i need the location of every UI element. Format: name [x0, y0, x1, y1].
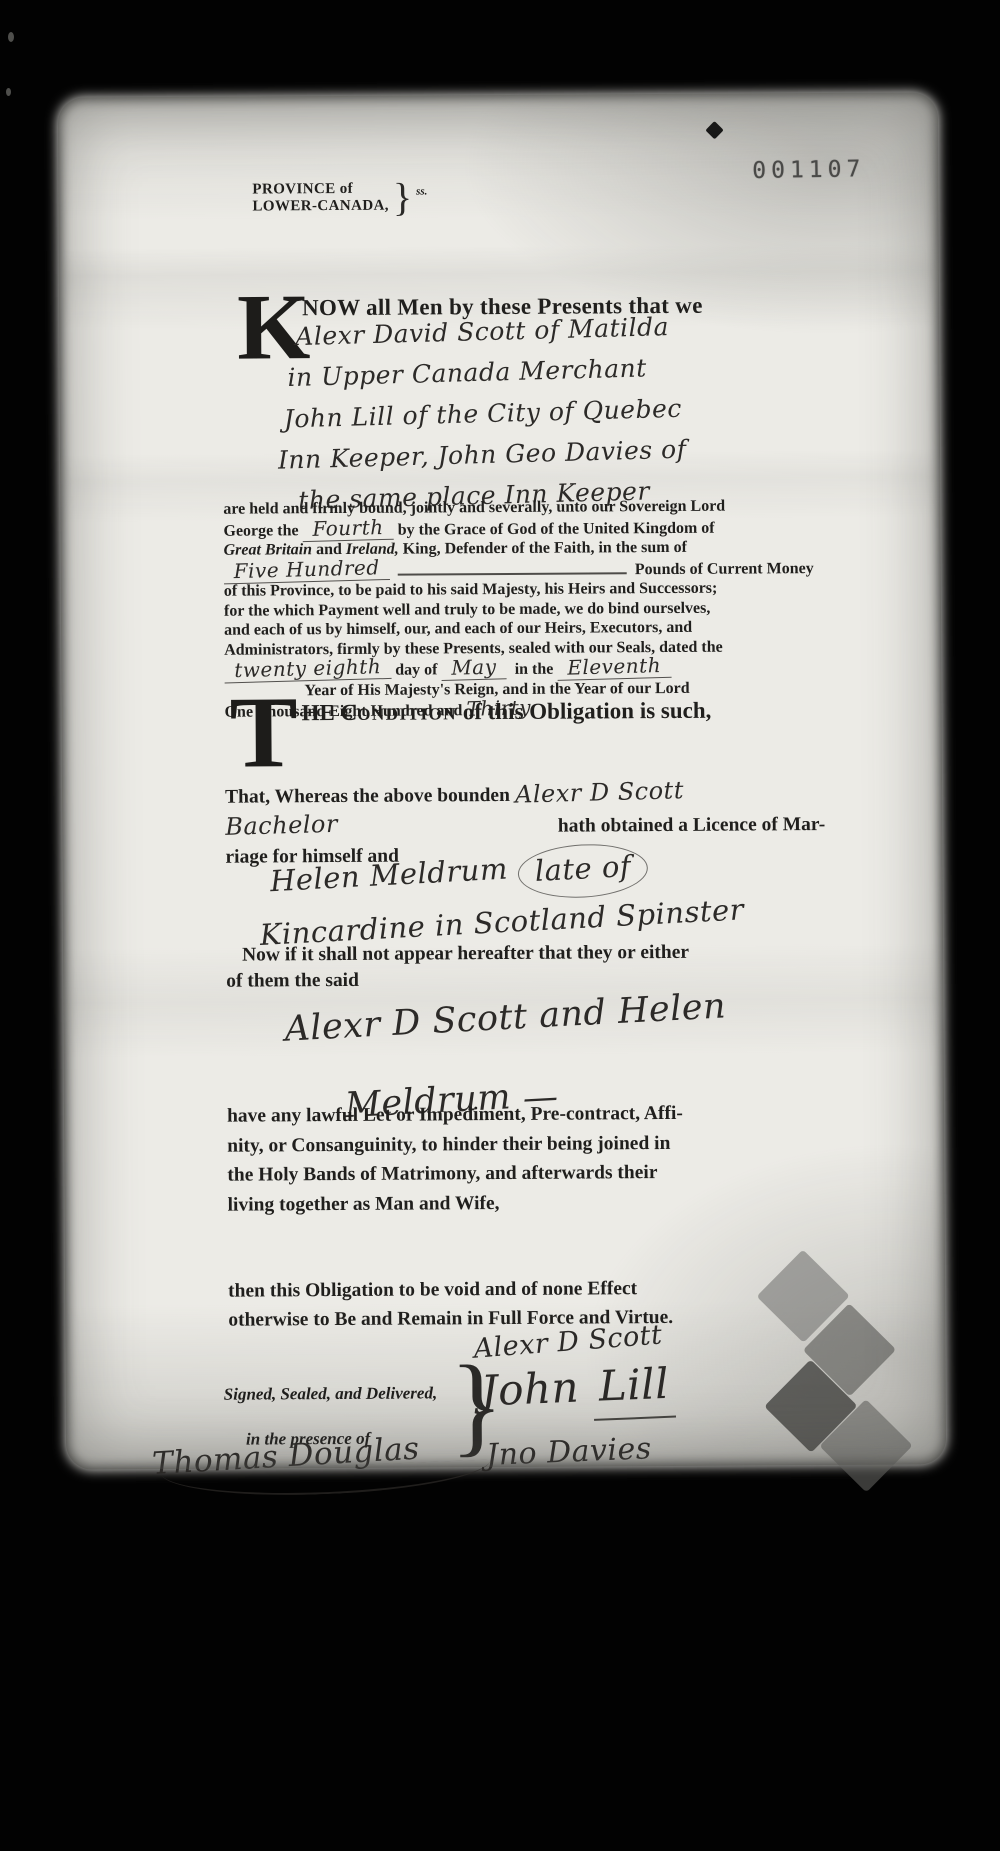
printed-text: [338, 832, 558, 833]
printed-text: Now if it shall not appear hereafter tha…: [242, 942, 689, 966]
scanned-document-page: 001107 PROVINCE of LOWER-CANADA, } ss. K…: [0, 0, 1000, 1851]
printed-text: have any lawful Let or Impediment, Pre-c…: [227, 1103, 683, 1127]
printed-text: nity, or Consanguinity, to hinder their …: [227, 1132, 670, 1156]
printed-text: Great Britain: [224, 541, 313, 559]
printed-text: day of: [391, 661, 441, 678]
printed-text: That, Whereas the above bounden: [225, 785, 515, 808]
handwritten-text: Alexr D Scott: [514, 776, 684, 810]
signature-john-lill: John Lill: [480, 1359, 676, 1416]
handwritten-text: Inn Keeper, John Geo Davies of: [278, 431, 687, 479]
printed-text: King, Defender of the Faith, in the sum …: [399, 539, 687, 558]
brace-glyph: }: [393, 180, 412, 216]
handwritten-text: Five Hundred: [223, 557, 390, 583]
printed-text: George the: [223, 522, 302, 539]
condition-heading-part2: ONDITION: [357, 704, 457, 724]
condition-heading-part3: of this Obligation is such,: [457, 698, 711, 725]
printed-text: the Holy Bands of Matrimony, and afterwa…: [227, 1162, 657, 1186]
province-line1: PROVINCE of: [252, 181, 389, 199]
province-line2: LOWER-CANADA,: [252, 198, 389, 216]
condition-heading-part1: HE C: [302, 700, 358, 725]
printed-text: hath obtained a Licence of Mar-: [558, 810, 826, 841]
printed-text: for the which Payment well and truly to …: [224, 599, 710, 619]
ink-diamond-mark: [705, 121, 723, 139]
bond-paragraph: are held and firmly bound, jointly and s…: [223, 496, 814, 722]
printed-text: in the: [507, 661, 558, 678]
printed-text: and each of us by himself, our, and each…: [224, 619, 692, 639]
signature-john: John: [480, 1362, 594, 1416]
marriage-bond-paper: 001107 PROVINCE of LOWER-CANADA, } ss. K…: [58, 92, 946, 1469]
handwritten-text: in Upper Canada Merchant: [287, 349, 647, 396]
handwritten-text: Alexr David Scott of Matilda: [295, 308, 670, 355]
printed-text: then this Obligation to be void and of n…: [228, 1278, 637, 1301]
printed-text: of this Province, to be paid to his said…: [224, 580, 718, 600]
handwritten-text: late of: [516, 841, 649, 901]
signature-jno-davies: Jno Davies: [485, 1431, 652, 1473]
printed-text: are held and firmly bound, jointly and s…: [223, 498, 725, 518]
handwritten-text: John Lill of the City of Quebec: [283, 390, 682, 438]
ss-abbreviation: ss.: [416, 185, 427, 197]
serial-number-stamp: 001107: [752, 156, 865, 184]
handwritten-parties: Alexr David Scott of Matildain Upper Can…: [281, 312, 687, 519]
handwritten-text: Bachelor: [225, 810, 338, 842]
province-header: PROVINCE of LOWER-CANADA, } ss.: [252, 179, 427, 216]
condition-heading: HE CONDITION of this Obligation is such,: [302, 698, 712, 727]
signature-lill-underlined: Lill: [592, 1359, 677, 1421]
handwritten-text: Fourth: [302, 517, 394, 541]
dropcap-t: T: [229, 694, 298, 772]
scan-speck: [8, 32, 14, 42]
printed-text: living together as Man and Wife,: [228, 1193, 500, 1216]
printed-text: by the Grace of God of the United Kingdo…: [394, 519, 715, 538]
printed-text: [398, 572, 627, 575]
attestation-line1: Signed, Sealed, and Delivered,: [224, 1383, 438, 1404]
printed-text: Pounds of Current Money: [635, 559, 814, 580]
handwritten-text: Eleventh: [557, 656, 671, 681]
handwritten-text: May: [441, 657, 507, 680]
handwritten-text: Helen Meldrum: [269, 846, 519, 903]
scan-speck: [6, 88, 11, 96]
condition-paragraph-c: have any lawful Let or Impediment, Pre-c…: [227, 1098, 828, 1220]
